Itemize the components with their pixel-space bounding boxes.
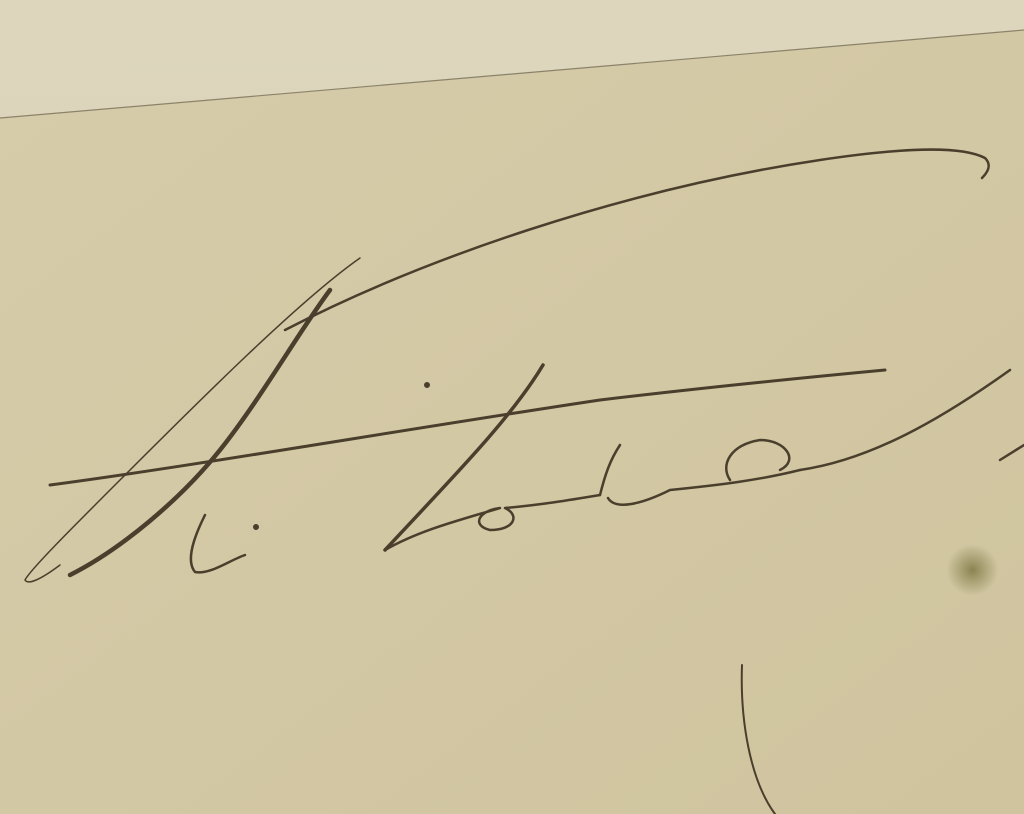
signature-photo (0, 0, 1024, 814)
paper-card (0, 30, 1024, 814)
paper-stain (945, 545, 1000, 595)
